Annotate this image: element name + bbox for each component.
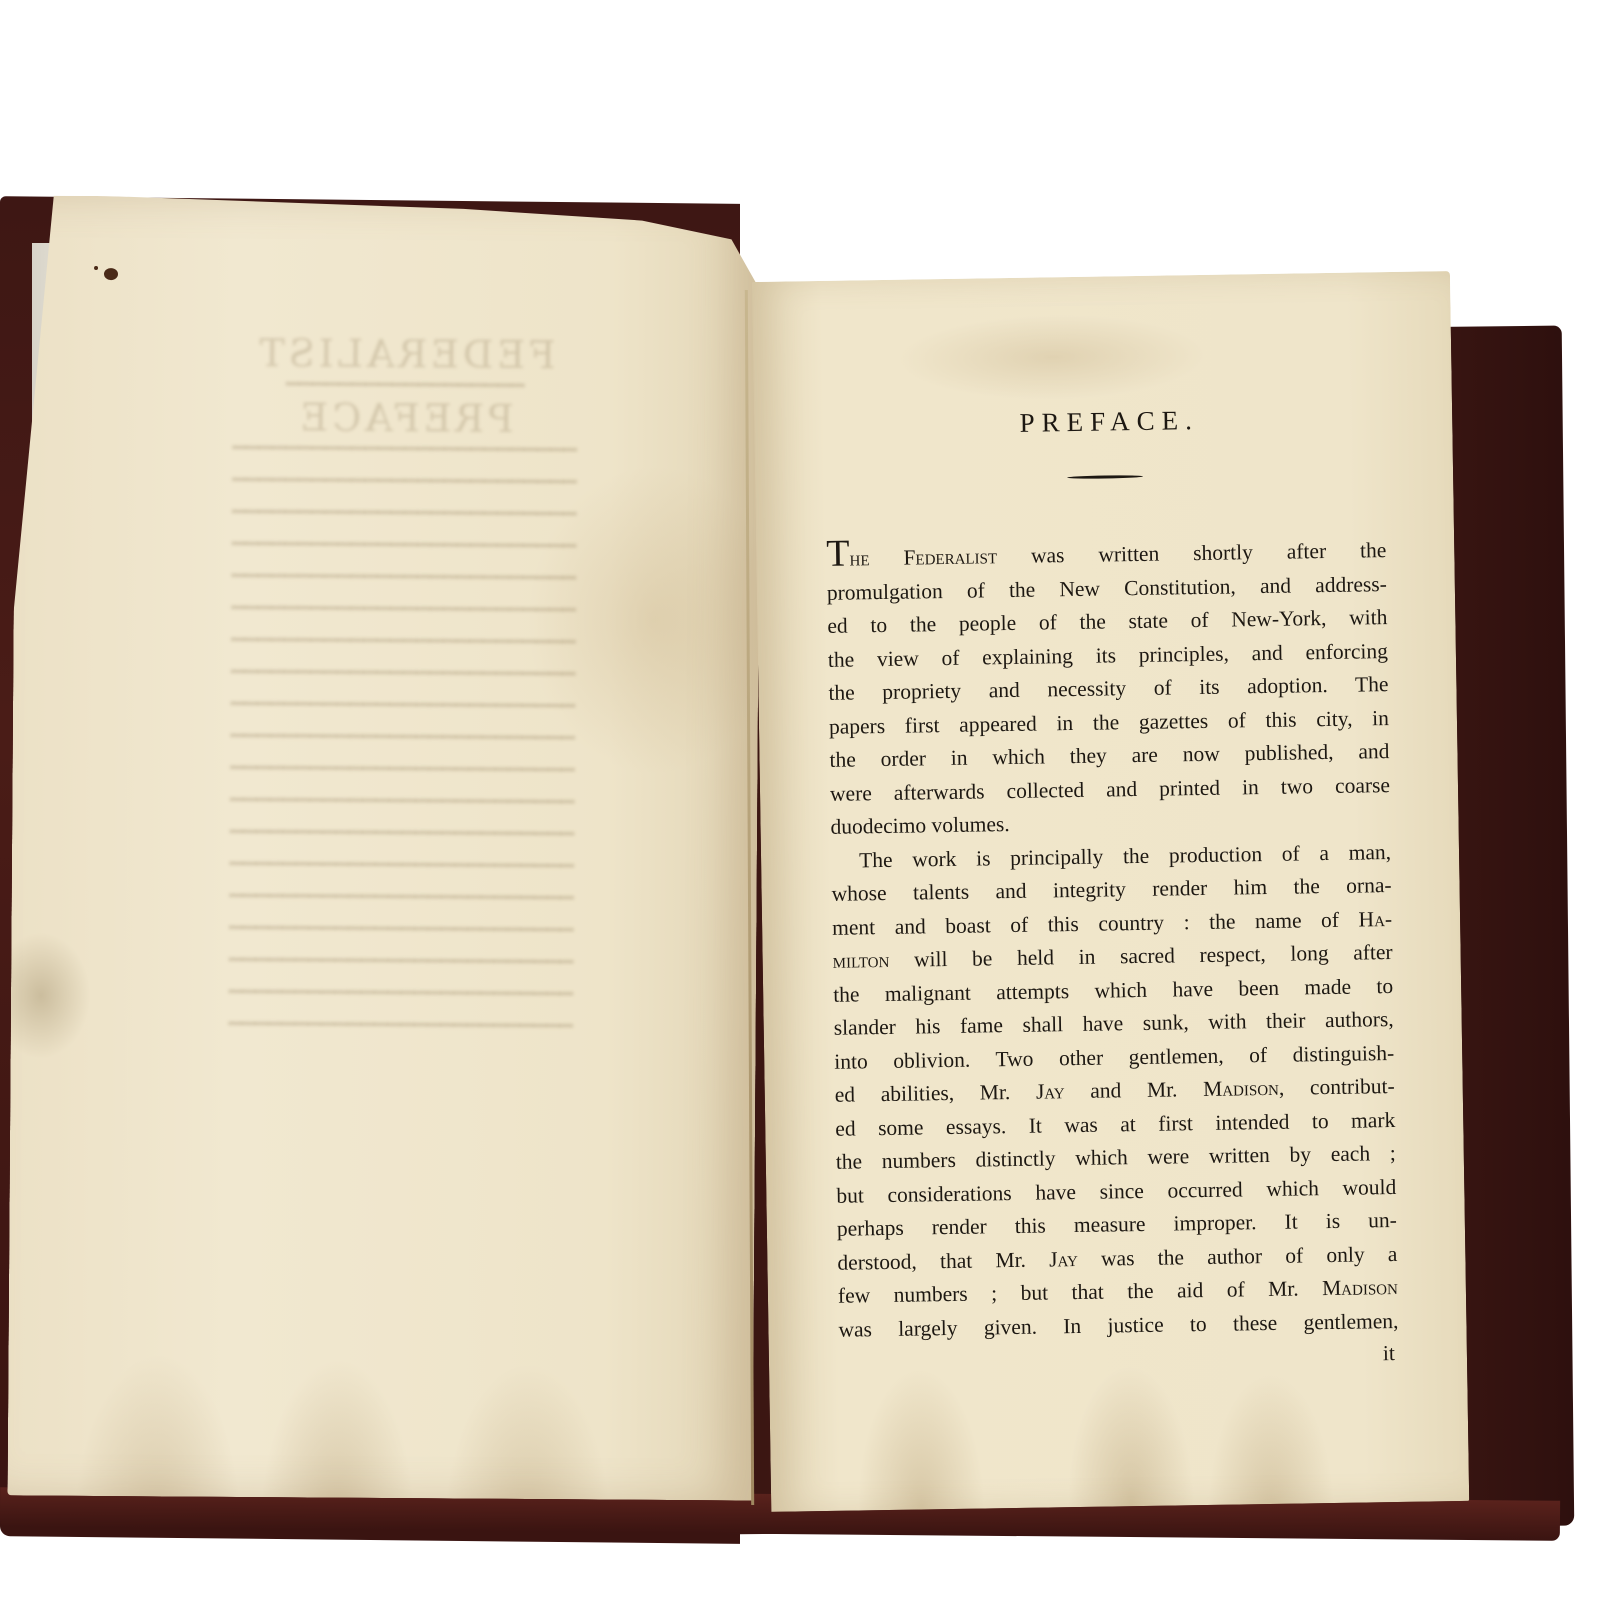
paragraph-2: The work is principally the production o…	[831, 836, 1399, 1347]
show-through-text: FEDERALIST ━━━━━━━━━━━━━━━━━━ PREFACE ━━…	[121, 336, 686, 1044]
page-title: PREFACE.	[824, 402, 1384, 442]
ink-spot	[104, 268, 118, 280]
book-photo: FEDERALIST ━━━━━━━━━━━━━━━━━━ PREFACE ━━…	[0, 0, 1620, 1620]
paragraph-1: The Federalist was written shortly after…	[826, 534, 1391, 844]
ink-spot	[94, 266, 98, 270]
preface-text-block: PREFACE. The Federalist was written shor…	[824, 402, 1399, 1377]
right-page: PREFACE. The Federalist was written shor…	[752, 271, 1469, 1512]
left-page: FEDERALIST ━━━━━━━━━━━━━━━━━━ PREFACE ━━…	[7, 195, 761, 1500]
title-rule	[1067, 475, 1143, 479]
